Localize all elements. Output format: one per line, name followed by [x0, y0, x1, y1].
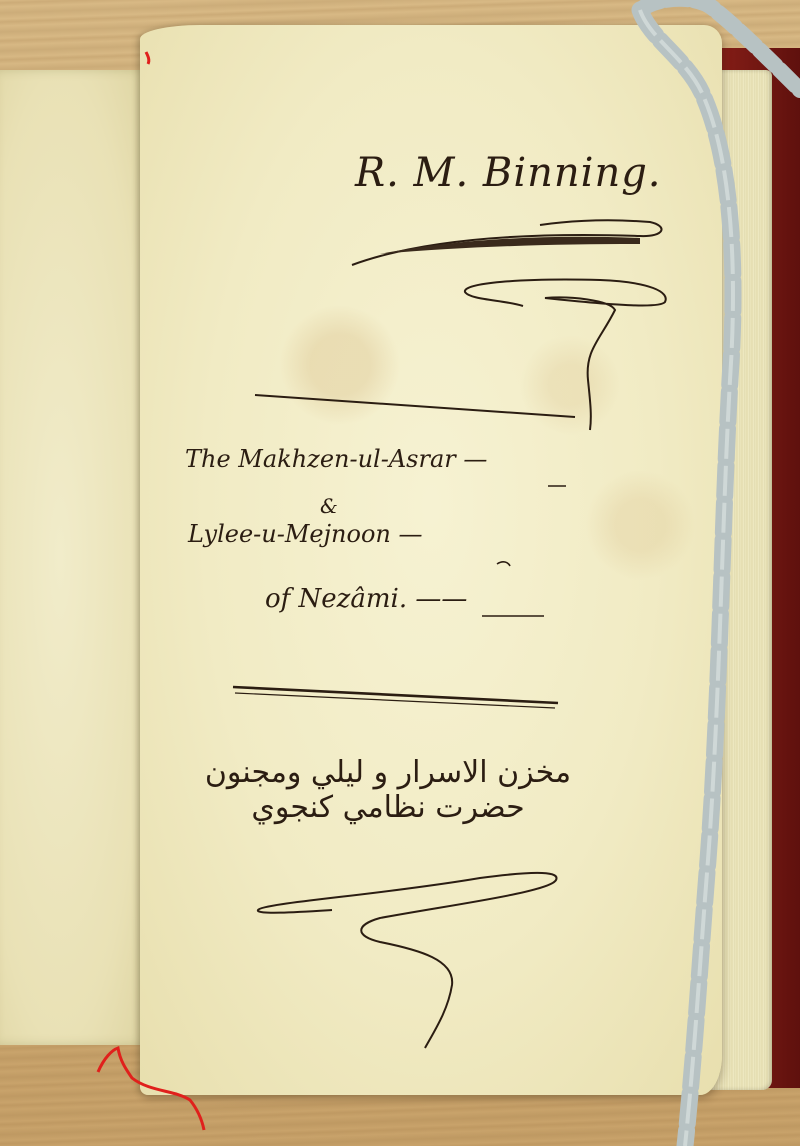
english-title-line-2: Lylee-u-Mejnoon —	[188, 520, 423, 548]
persian-title: مخزن الاسرار و ليلي ومجنون حضرت نظامي کن…	[158, 755, 618, 825]
left-flyleaf	[0, 70, 150, 1045]
english-title-line-1: The Makhzen-ul-Asrar —	[185, 445, 487, 473]
english-title-line-3: of Nezâmi. ——	[265, 584, 467, 614]
english-title-connector: &	[320, 494, 338, 518]
owner-signature: R. M. Binning.	[355, 150, 662, 196]
